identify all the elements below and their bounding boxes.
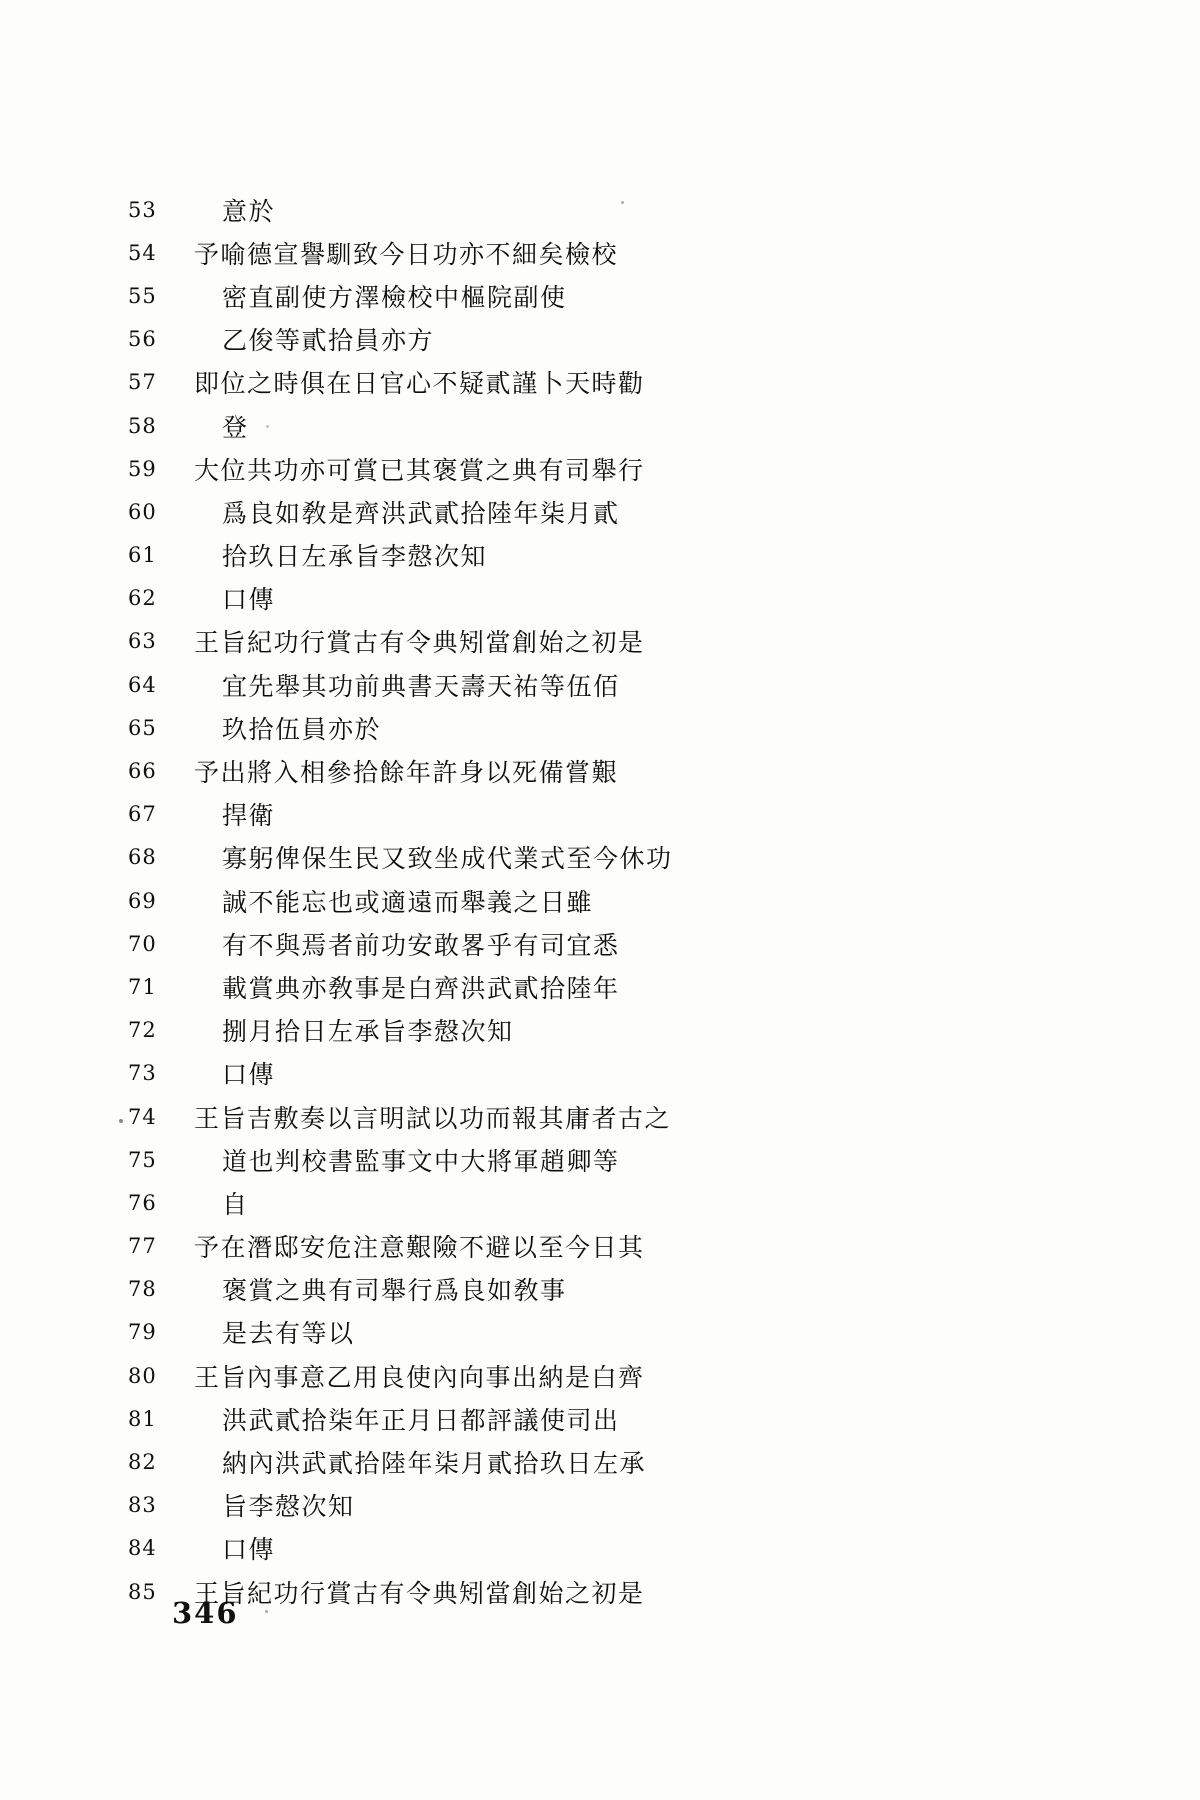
line-text: 旨李慤次知 (194, 1487, 355, 1523)
line-number: 54 (128, 241, 194, 265)
line-number: 73 (128, 1061, 194, 1085)
line-number: 70 (128, 932, 194, 956)
line-number: 58 (128, 414, 194, 438)
line-number: 63 (128, 629, 194, 653)
line-number: 76 (128, 1191, 194, 1215)
text-line: 54 予喻德宣譽馴致今日功亦不細矣檢校 (128, 231, 748, 274)
line-text: 洪武貳拾柒年正月日都評議使司出 (194, 1401, 620, 1437)
line-number: 79 (128, 1320, 194, 1344)
ink-speck (265, 1610, 268, 1613)
line-number: 56 (128, 327, 194, 351)
line-number: 78 (128, 1277, 194, 1301)
line-text: 王旨紀功行賞古有令典矧當創始之初是 (194, 1574, 645, 1610)
text-line: 53 意於 (128, 188, 748, 231)
ink-speck (266, 425, 269, 428)
line-text: 褒賞之典有司舉行爲良如敎事 (194, 1271, 567, 1307)
line-text: 予喻德宣譽馴致今日功亦不細矣檢校 (194, 235, 618, 271)
line-text: 玖拾伍員亦於 (194, 710, 381, 746)
line-text: 口傳 (194, 1530, 275, 1566)
line-text: 載賞典亦敎事是白齊洪武貳拾陸年 (194, 969, 620, 1005)
text-line: 76 自 (128, 1181, 748, 1224)
line-text: 乙俊等貳拾員亦方 (194, 321, 434, 357)
text-line: 69 誠不能忘也或適遠而舉義之日雖 (128, 879, 748, 922)
line-text: 自 (194, 1185, 249, 1221)
ink-speck (621, 201, 624, 204)
text-line: 60 爲良如敎是齊洪武貳拾陸年柒月貳 (128, 490, 748, 533)
line-number: 60 (128, 500, 194, 524)
text-line: 74 王旨吉敷奏以言明試以功而報其庸者古之 (128, 1095, 748, 1138)
line-text: 拾玖日左承旨李慤次知 (194, 537, 487, 573)
text-line: 64 宜先舉其功前典書天壽天祐等伍佰 (128, 663, 748, 706)
line-number: 83 (128, 1493, 194, 1517)
text-line: 62 口傳 (128, 577, 748, 620)
line-text: 密直副使方澤檢校中樞院副使 (194, 278, 567, 314)
text-line: 59 大位共功亦可賞已其褒賞之典有司舉行 (128, 447, 748, 490)
text-line: 72 捌月拾日左承旨李慤次知 (128, 1009, 748, 1052)
line-number: 80 (128, 1364, 194, 1388)
text-line: 56 乙俊等貳拾員亦方 (128, 318, 748, 361)
scanned-page: 53 意於 54 予喻德宣譽馴致今日功亦不細矣檢校 55 密直副使方澤檢校中樞院… (0, 0, 1200, 1800)
text-line: 65 玖拾伍員亦於 (128, 706, 748, 749)
text-line: 61 拾玖日左承旨李慤次知 (128, 534, 748, 577)
page-number: 346 (172, 1596, 239, 1630)
text-line: 82 納內洪武貳拾陸年柒月貳拾玖日左承 (128, 1440, 748, 1483)
line-text: 意於 (194, 192, 275, 228)
line-text: 王旨內事意乙用良使內向事出納是白齊 (194, 1358, 645, 1394)
line-text: 捌月拾日左承旨李慤次知 (194, 1012, 514, 1048)
text-line: 57 即位之時俱在日官心不疑貳謹卜天時勸 (128, 361, 748, 404)
line-text: 王旨吉敷奏以言明試以功而報其庸者古之 (194, 1099, 671, 1135)
text-line: 58 登 (128, 404, 748, 447)
ink-speck (119, 1119, 123, 1123)
text-line: 55 密直副使方澤檢校中樞院副使 (128, 274, 748, 317)
line-text: 大位共功亦可賞已其褒賞之典有司舉行 (194, 451, 645, 487)
line-number: 72 (128, 1018, 194, 1042)
line-number: 55 (128, 284, 194, 308)
line-text: 登 (194, 408, 249, 444)
text-line: 84 口傳 (128, 1527, 748, 1570)
text-line: 75 道也判校書監事文中大將軍趙卿等 (128, 1138, 748, 1181)
line-text: 是去有等以 (194, 1314, 355, 1350)
line-number: 75 (128, 1148, 194, 1172)
line-number: 82 (128, 1450, 194, 1474)
line-number: 74 (128, 1105, 194, 1129)
line-text: 口傳 (194, 1055, 275, 1091)
line-number: 81 (128, 1407, 194, 1431)
line-text: 道也判校書監事文中大將軍趙卿等 (194, 1142, 620, 1178)
line-number: 67 (128, 802, 194, 826)
line-number: 66 (128, 759, 194, 783)
line-text: 捍衛 (194, 796, 275, 832)
line-number: 68 (128, 845, 194, 869)
line-text: 即位之時俱在日官心不疑貳謹卜天時勸 (194, 364, 645, 400)
text-line: 78 褒賞之典有司舉行爲良如敎事 (128, 1268, 748, 1311)
text-line: 71 載賞典亦敎事是白齊洪武貳拾陸年 (128, 965, 748, 1008)
line-number: 62 (128, 586, 194, 610)
line-number: 69 (128, 889, 194, 913)
line-number: 64 (128, 673, 194, 697)
text-line: 73 口傳 (128, 1052, 748, 1095)
line-text: 爲良如敎是齊洪武貳拾陸年柒月貳 (194, 494, 620, 530)
text-line: 79 是去有等以 (128, 1311, 748, 1354)
line-text: 予出將入相參拾餘年許身以死備嘗艱 (194, 753, 618, 789)
text-line: 68 寡躬俾保生民又致坐成代業式至今休功 (128, 836, 748, 879)
text-line: 81 洪武貳拾柒年正月日都評議使司出 (128, 1397, 748, 1440)
text-line: 80 王旨內事意乙用良使內向事出納是白齊 (128, 1354, 748, 1397)
line-text: 納內洪武貳拾陸年柒月貳拾玖日左承 (194, 1444, 646, 1480)
line-number: 71 (128, 975, 194, 999)
line-number: 77 (128, 1234, 194, 1258)
text-block: 53 意於 54 予喻德宣譽馴致今日功亦不細矣檢校 55 密直副使方澤檢校中樞院… (128, 188, 748, 1613)
line-text: 寡躬俾保生民又致坐成代業式至今休功 (194, 839, 673, 875)
line-number: 61 (128, 543, 194, 567)
text-line: 63 王旨紀功行賞古有令典矧當創始之初是 (128, 620, 748, 663)
line-text: 誠不能忘也或適遠而舉義之日雖 (194, 883, 593, 919)
line-number: 57 (128, 370, 194, 394)
text-line: 77 予在潛邸安危注意艱險不避以至今日其 (128, 1225, 748, 1268)
line-text: 予在潛邸安危注意艱險不避以至今日其 (194, 1228, 645, 1264)
line-number: 65 (128, 716, 194, 740)
line-text: 宜先舉其功前典書天壽天祐等伍佰 (194, 667, 620, 703)
line-number: 84 (128, 1536, 194, 1560)
line-number: 59 (128, 457, 194, 481)
line-number: 53 (128, 198, 194, 222)
line-text: 口傳 (194, 580, 275, 616)
line-text: 王旨紀功行賞古有令典矧當創始之初是 (194, 623, 645, 659)
text-line: 66 予出將入相參拾餘年許身以死備嘗艱 (128, 749, 748, 792)
line-text: 有不與焉者前功安敢畧乎有司宜悉 (194, 926, 620, 962)
text-line: 67 捍衛 (128, 793, 748, 836)
text-line: 83 旨李慤次知 (128, 1484, 748, 1527)
text-line: 70 有不與焉者前功安敢畧乎有司宜悉 (128, 922, 748, 965)
